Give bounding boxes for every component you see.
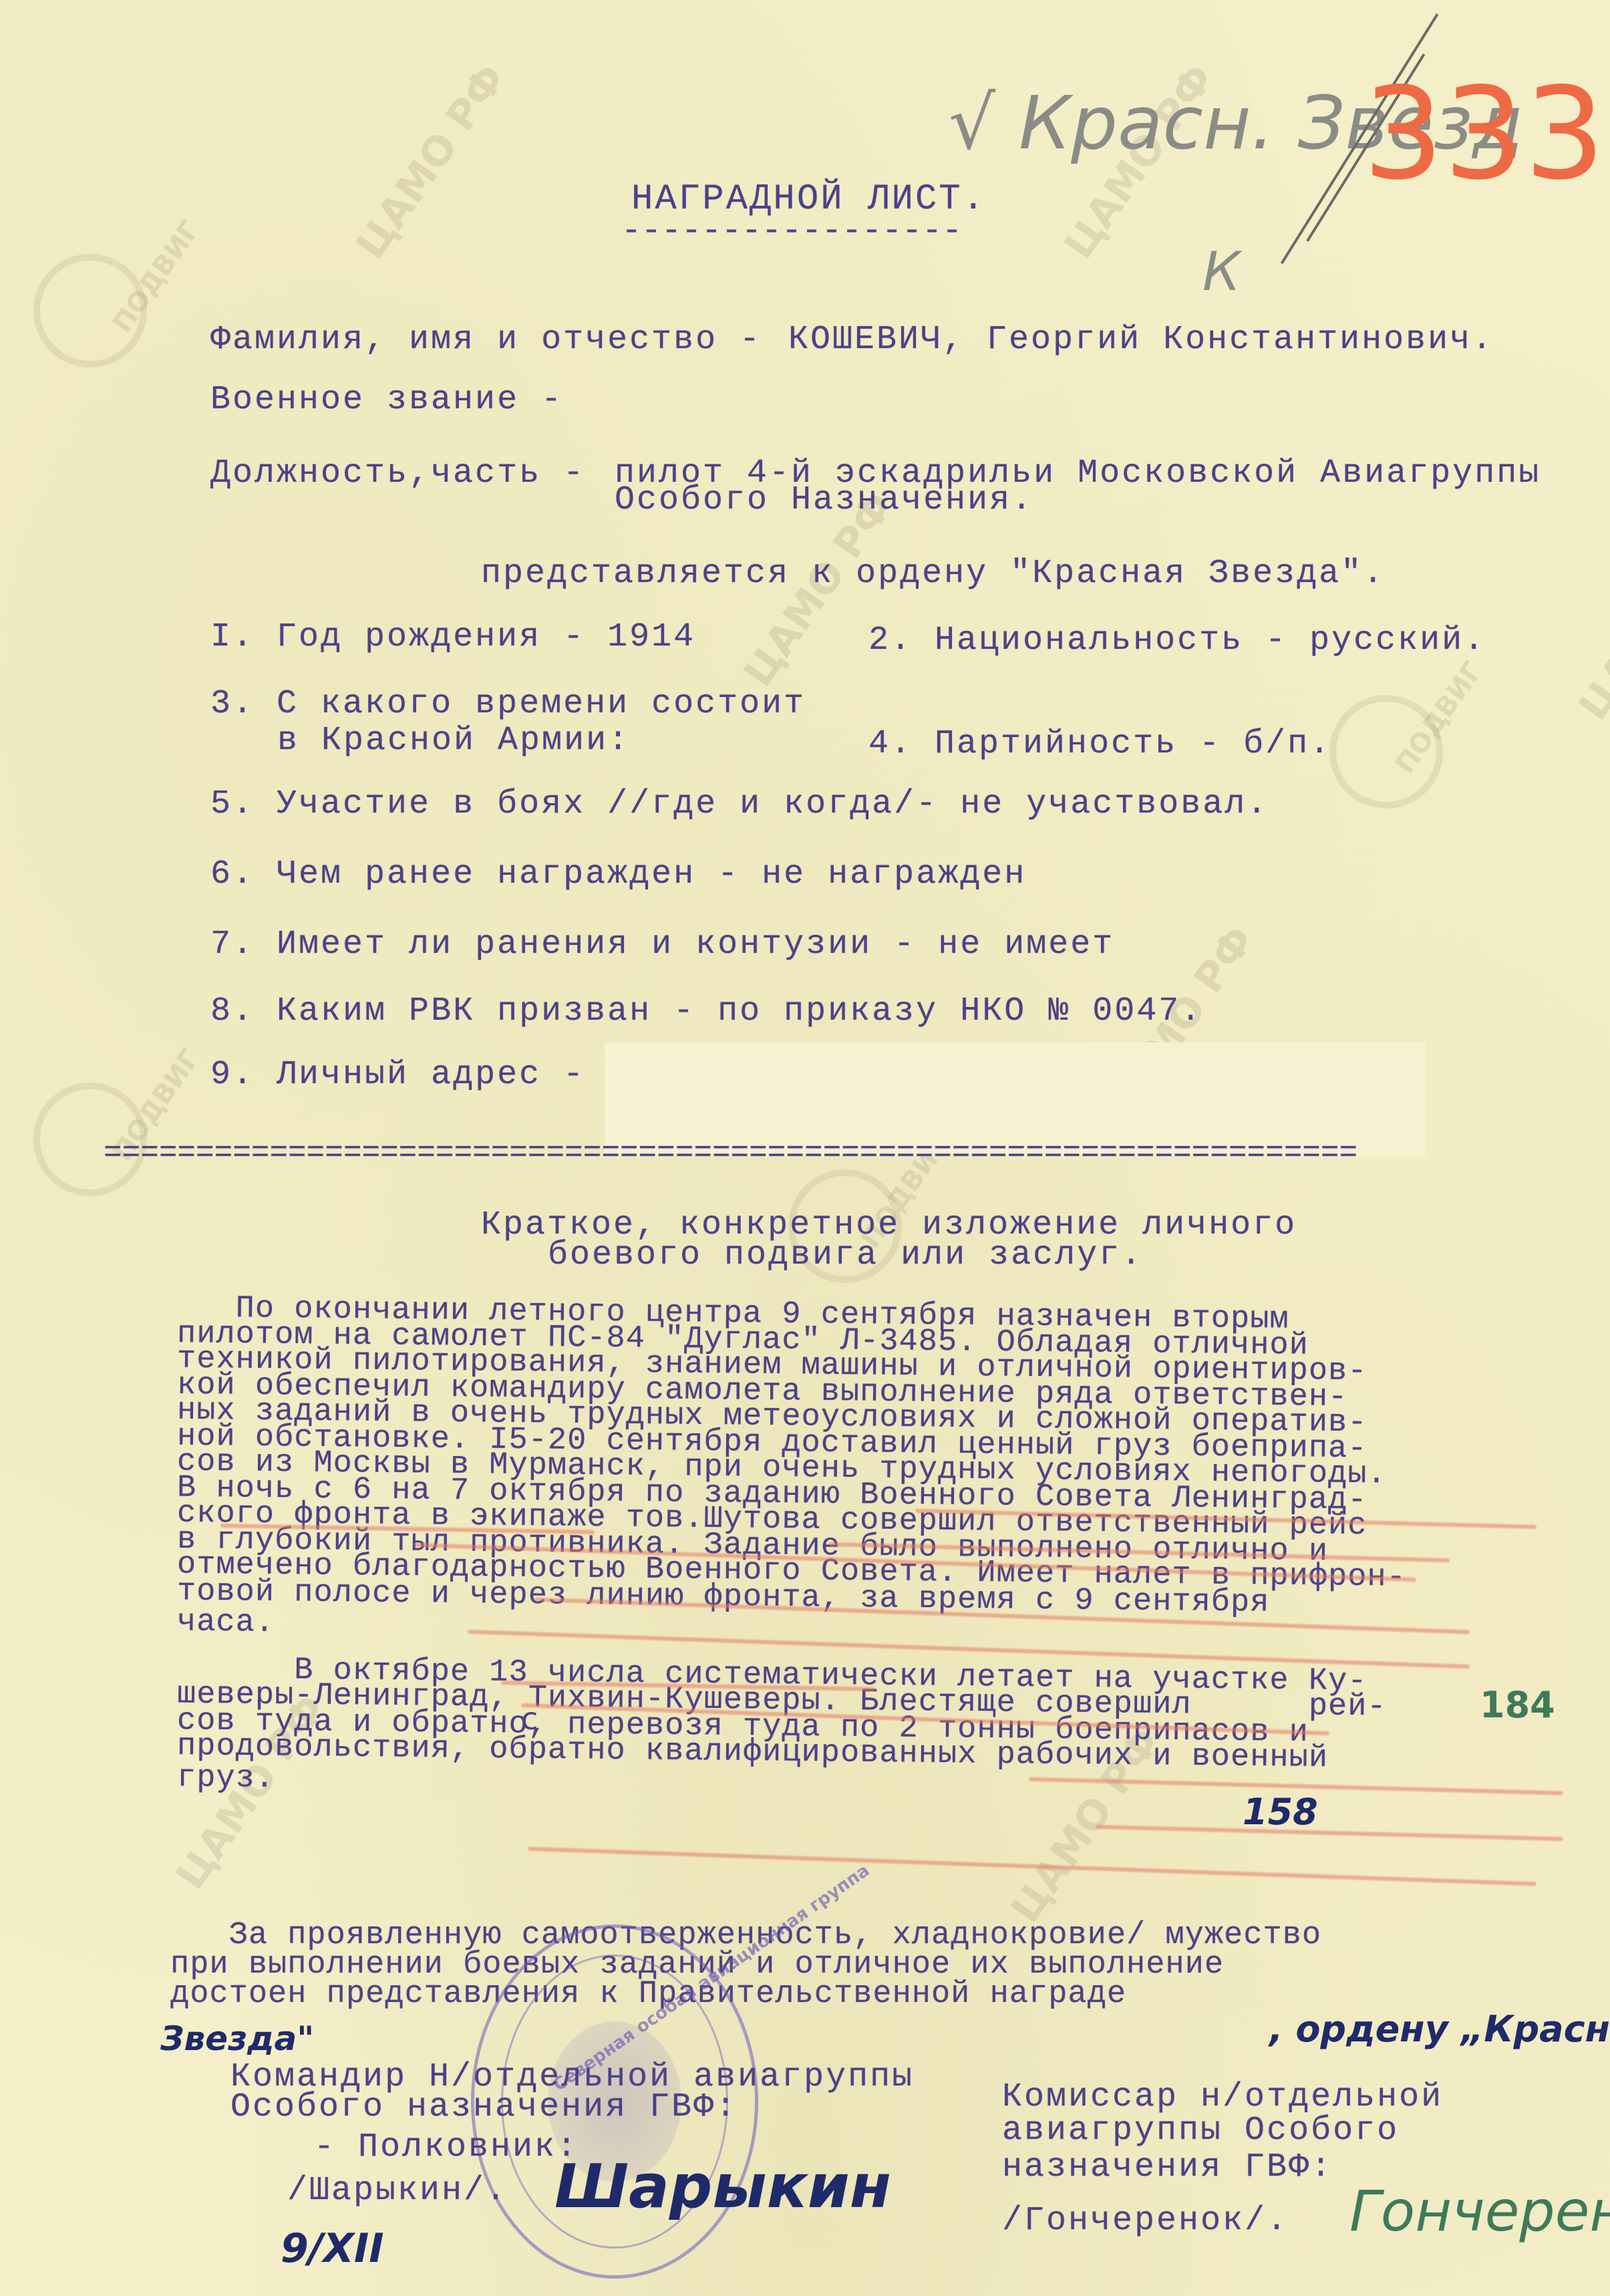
item-8: 8. Каким РВК призван - по приказу НКО № … [210,992,1202,1030]
red-sheet-number: 333 [1363,60,1605,208]
item-2: 2. Национальность - русский. [868,621,1486,660]
archive-watermark: ЦАМО РФ [1570,517,1610,728]
order-watermark-icon [33,254,147,368]
red-underline [1096,1825,1563,1841]
commander-name: /Шарыкин/. [287,2172,508,2210]
commissar-signature: Гончеренок [1349,2178,1610,2244]
order-watermark-icon [1329,695,1443,809]
conclusion-handwritten: , ордену „Красная [1269,2008,1610,2050]
field-name-label: Фамилия, имя и отчество - [210,321,762,359]
field-name-value: КОШЕВИЧ, Георгий Константинович. [788,321,1494,359]
commander-signature: Шарыкин [554,2152,891,2222]
narrative-line: груз. [177,1760,275,1797]
narrative-line: часа. [177,1604,275,1641]
field-rank-label: Военное звание - [210,381,563,419]
pencil-initial: К [1202,241,1241,303]
title-underline: ----------------- [621,212,962,251]
project-watermark: ПОДВИГ [1390,656,1488,779]
red-underline [528,1847,1536,1886]
handwritten-hours: 184 [1480,1684,1555,1726]
section-heading-cont: боевого подвига или заслуг. [548,1236,1143,1274]
commissar-name: /Гончеренок/. [1002,2202,1289,2240]
item-3: 3. С какого времени состоит [210,685,806,723]
item-6: 6. Чем ранее награжден - не награжден [210,855,1026,893]
separator-line: ========================================… [104,1136,1357,1171]
date-note: 9/XII [281,2225,384,2272]
conclusion-handwritten-cont: Звезда" [160,2019,314,2058]
item-4: 4. Партийность - б/п. [868,725,1331,763]
commander-title-cont: Особого назначения ГВФ: [230,2088,738,2126]
field-position-label: Должность,часть - [210,454,585,492]
item-9: 9. Личный адрес - [210,1056,585,1094]
item-5: 5. Участие в боях //где и когда/- не уча… [210,785,1269,823]
commissar-title-cont2: назначения ГВФ: [1002,2148,1333,2186]
handwritten-flights: 158 [1243,1791,1318,1833]
item-3-cont: в Красной Армии: [277,722,630,760]
handwritten-superscript: с [521,1701,538,1737]
item-7: 7. Имеет ли ранения и контузии - не имее… [210,925,1114,964]
field-position-value-cont: Особого Назначения. [615,481,1033,519]
item-1: I. Год рождения - 1914 [210,618,695,656]
nomination-line: представляется к ордену "Красная Звезда"… [481,555,1385,593]
commissar-title: Комиссар н/отдельной [1002,2078,1443,2116]
commissar-title-cont: авиагруппы Особого [1002,2112,1399,2150]
commander-rank: - Полковник: [314,2128,579,2166]
archive-watermark: ЦАМО РФ [347,56,515,267]
project-watermark: ПОДВИГ [107,215,206,338]
